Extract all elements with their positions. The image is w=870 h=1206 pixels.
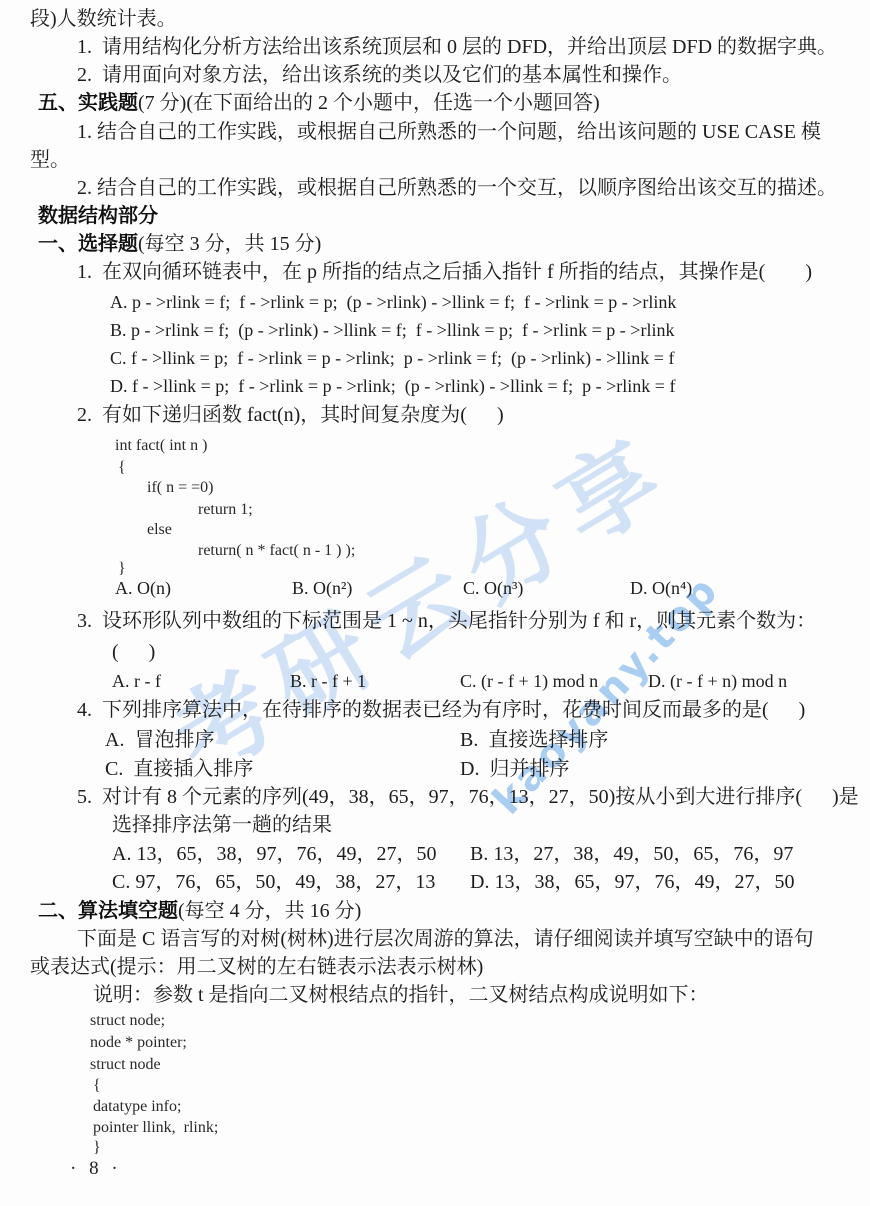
q1-option-b: B. p - >rlink = f; (p - >rlink) - >llink… bbox=[110, 320, 674, 341]
q5-option-a: A. 13，65，38，97，76，49，27，50 bbox=[112, 843, 436, 866]
q5-option-d: D. 13，38，65，97，76，49，27，50 bbox=[470, 871, 794, 894]
q3-option-b: B. r - f + 1 bbox=[290, 671, 366, 692]
heading-fill: 二、算法填空题(每空 4 分，共 16 分) bbox=[38, 900, 361, 923]
fill-code-line-6: } bbox=[93, 1139, 101, 1157]
q1-option-d: D. f - >llink = p; f - >rlink = p - >rli… bbox=[110, 376, 675, 397]
q2-code-line-3: return 1; bbox=[198, 501, 253, 519]
fill-code-line-3: { bbox=[93, 1077, 101, 1095]
practical-item-2: 2. 结合自己的工作实践，或根据自己所熟悉的一个交互，以顺序图给出该交互的描述。 bbox=[77, 177, 837, 200]
q2-code-line-0: int fact( int n ) bbox=[115, 437, 207, 455]
q2-option-a: A. O(n) bbox=[115, 578, 171, 599]
q4-option-a: A. 冒泡排序 bbox=[105, 729, 214, 752]
q4-option-b: B. 直接选择排序 bbox=[460, 729, 608, 752]
heading-ds-part: 数据结构部分 bbox=[38, 205, 158, 228]
q4-option-d: D. 归并排序 bbox=[460, 758, 569, 781]
exam-scan-page: 考研云分享 kaoyany.top 段)人数统计表。 1. 请用结构化分析方法给… bbox=[0, 0, 870, 1206]
heading-choice-title: 一、选择题 bbox=[38, 233, 138, 255]
practical-item-1-line-2: 型。 bbox=[30, 149, 70, 172]
q3-stem-line-2: ( ) bbox=[112, 641, 155, 664]
se-item-1: 1. 请用结构化分析方法给出该系统顶层和 0 层的 DFD，并给出顶层 DFD … bbox=[77, 36, 837, 59]
q5-option-b: B. 13，27，38，49，50，65，76，97 bbox=[470, 843, 793, 866]
fill-code-line-0: struct node; bbox=[90, 1012, 165, 1030]
q2-option-d: D. O(n⁴) bbox=[630, 578, 692, 599]
fill-para-1: 下面是 C 语言写的对树(树林)进行层次周游的算法，请仔细阅读并填写空缺中的语句 bbox=[77, 928, 814, 951]
q4-stem: 4. 下列排序算法中，在待排序的数据表已经为有序时，花费时间反而最多的是( ) bbox=[77, 699, 805, 722]
q4-option-c: C. 直接插入排序 bbox=[105, 758, 253, 781]
q1-option-a: A. p - >rlink = f; f - >rlink = p; (p - … bbox=[110, 292, 676, 313]
fill-para-3: 说明：参数 t 是指向二叉树根结点的指针，二叉树结点构成说明如下： bbox=[93, 984, 709, 1007]
fill-code-line-4: datatype info; bbox=[93, 1098, 181, 1116]
heading-choice: 一、选择题(每空 3 分，共 15 分) bbox=[38, 233, 321, 256]
q2-code-line-4: else bbox=[147, 521, 172, 539]
page-number: · 8 · bbox=[70, 1158, 122, 1180]
heading-practical: 五、实践题(7 分)(在下面给出的 2 个小题中，任选一个小题回答) bbox=[38, 92, 600, 115]
heading-practical-title: 五、实践题 bbox=[38, 92, 138, 114]
watermark-script-text: 考研云分享 bbox=[145, 396, 696, 802]
q2-code-line-6: } bbox=[118, 560, 126, 578]
q2-code-line-1: { bbox=[118, 459, 126, 477]
heading-fill-title: 二、算法填空题 bbox=[38, 900, 178, 922]
q5-stem-line-2: 选择排序法第一趟的结果 bbox=[112, 814, 332, 837]
q2-stem: 2. 有如下递归函数 fact(n)，其时间复杂度为( ) bbox=[77, 404, 504, 427]
fill-code-line-1: node * pointer; bbox=[90, 1034, 187, 1052]
q2-code-line-2: if( n = =0) bbox=[147, 479, 213, 497]
heading-choice-note: (每空 3 分，共 15 分) bbox=[138, 233, 321, 255]
q5-stem: 5. 对计有 8 个元素的序列(49，38，65，97，76，13，27，50)… bbox=[77, 786, 859, 809]
q1-stem: 1. 在双向循环链表中，在 p 所指的结点之后插入指针 f 所指的结点，其操作是… bbox=[77, 261, 812, 284]
se-item-2: 2. 请用面向对象方法，给出该系统的类以及它们的基本属性和操作。 bbox=[77, 64, 682, 87]
q3-option-d: D. (r - f + n) mod n bbox=[648, 671, 787, 692]
q3-stem: 3. 设环形队列中数组的下标范围是 1 ~ n，头尾指针分别为 f 和 r，则其… bbox=[77, 610, 816, 633]
se-tail-line: 段)人数统计表。 bbox=[30, 8, 177, 31]
q2-option-c: C. O(n³) bbox=[463, 578, 523, 599]
q3-option-c: C. (r - f + 1) mod n bbox=[460, 671, 598, 692]
q2-option-b: B. O(n²) bbox=[292, 578, 352, 599]
heading-practical-note: (7 分)(在下面给出的 2 个小题中，任选一个小题回答) bbox=[138, 92, 600, 114]
q2-code-line-5: return( n * fact( n - 1 ) ); bbox=[198, 542, 355, 560]
heading-fill-note: (每空 4 分，共 16 分) bbox=[178, 900, 361, 922]
q3-option-a: A. r - f bbox=[112, 671, 161, 692]
q5-option-c: C. 97，76，65，50，49，38，27，13 bbox=[112, 871, 435, 894]
watermark-site-text: kaoyany.top bbox=[484, 567, 728, 824]
fill-code-line-5: pointer llink, rlink; bbox=[93, 1119, 218, 1137]
fill-para-2: 或表达式(提示：用二叉树的左右链表示法表示树林) bbox=[30, 956, 483, 979]
q1-option-c: C. f - >llink = p; f - >rlink = p - >rli… bbox=[110, 348, 674, 369]
practical-item-1-line-1: 1. 结合自己的工作实践，或根据自己所熟悉的一个问题，给出该问题的 USE CA… bbox=[77, 121, 821, 144]
fill-code-line-2: struct node bbox=[90, 1056, 161, 1074]
